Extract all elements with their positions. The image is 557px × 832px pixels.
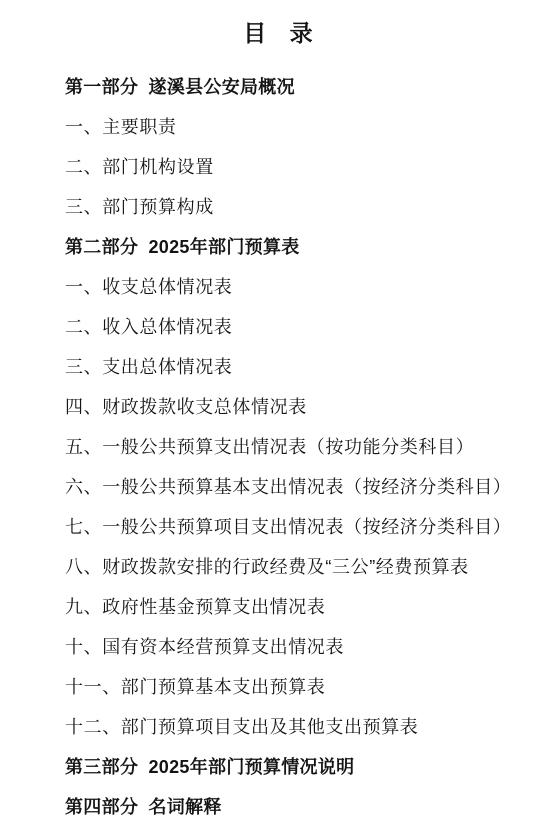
- toc-entry: 五、一般公共预算支出情况表（按功能分类科目）: [65, 427, 537, 467]
- toc-entry: 四、财政拨款收支总体情况表: [65, 387, 537, 427]
- toc-entry: 三、支出总体情况表: [65, 347, 537, 387]
- toc-part-heading: 第四部分 名词解释: [65, 787, 537, 827]
- toc-entry: 九、政府性基金预算支出情况表: [65, 587, 537, 627]
- toc-entry: 二、收入总体情况表: [65, 307, 537, 347]
- document-page: 目 录 第一部分 遂溪县公安局概况一、主要职责二、部门机构设置三、部门预算构成第…: [0, 0, 557, 832]
- toc-entry: 十、国有资本经营预算支出情况表: [65, 627, 537, 667]
- toc-entry: 一、收支总体情况表: [65, 267, 537, 307]
- toc-entry: 十二、部门预算项目支出及其他支出预算表: [65, 707, 537, 747]
- toc-entry: 二、部门机构设置: [65, 147, 537, 187]
- toc-part-heading: 第三部分 2025年部门预算情况说明: [65, 747, 537, 787]
- toc-entry: 六、一般公共预算基本支出情况表（按经济分类科目）: [65, 467, 537, 507]
- toc-title: 目 录: [0, 20, 557, 46]
- toc-entry: 一、主要职责: [65, 107, 537, 147]
- toc-part-heading: 第二部分 2025年部门预算表: [65, 227, 537, 267]
- toc-entry: 八、财政拨款安排的行政经费及“三公”经费预算表: [65, 547, 537, 587]
- toc-entry: 七、一般公共预算项目支出情况表（按经济分类科目）: [65, 507, 537, 547]
- toc-entry: 三、部门预算构成: [65, 187, 537, 227]
- toc-entry: 十一、部门预算基本支出预算表: [65, 667, 537, 707]
- toc-list: 第一部分 遂溪县公安局概况一、主要职责二、部门机构设置三、部门预算构成第二部分 …: [0, 67, 557, 827]
- toc-part-heading: 第一部分 遂溪县公安局概况: [65, 67, 537, 107]
